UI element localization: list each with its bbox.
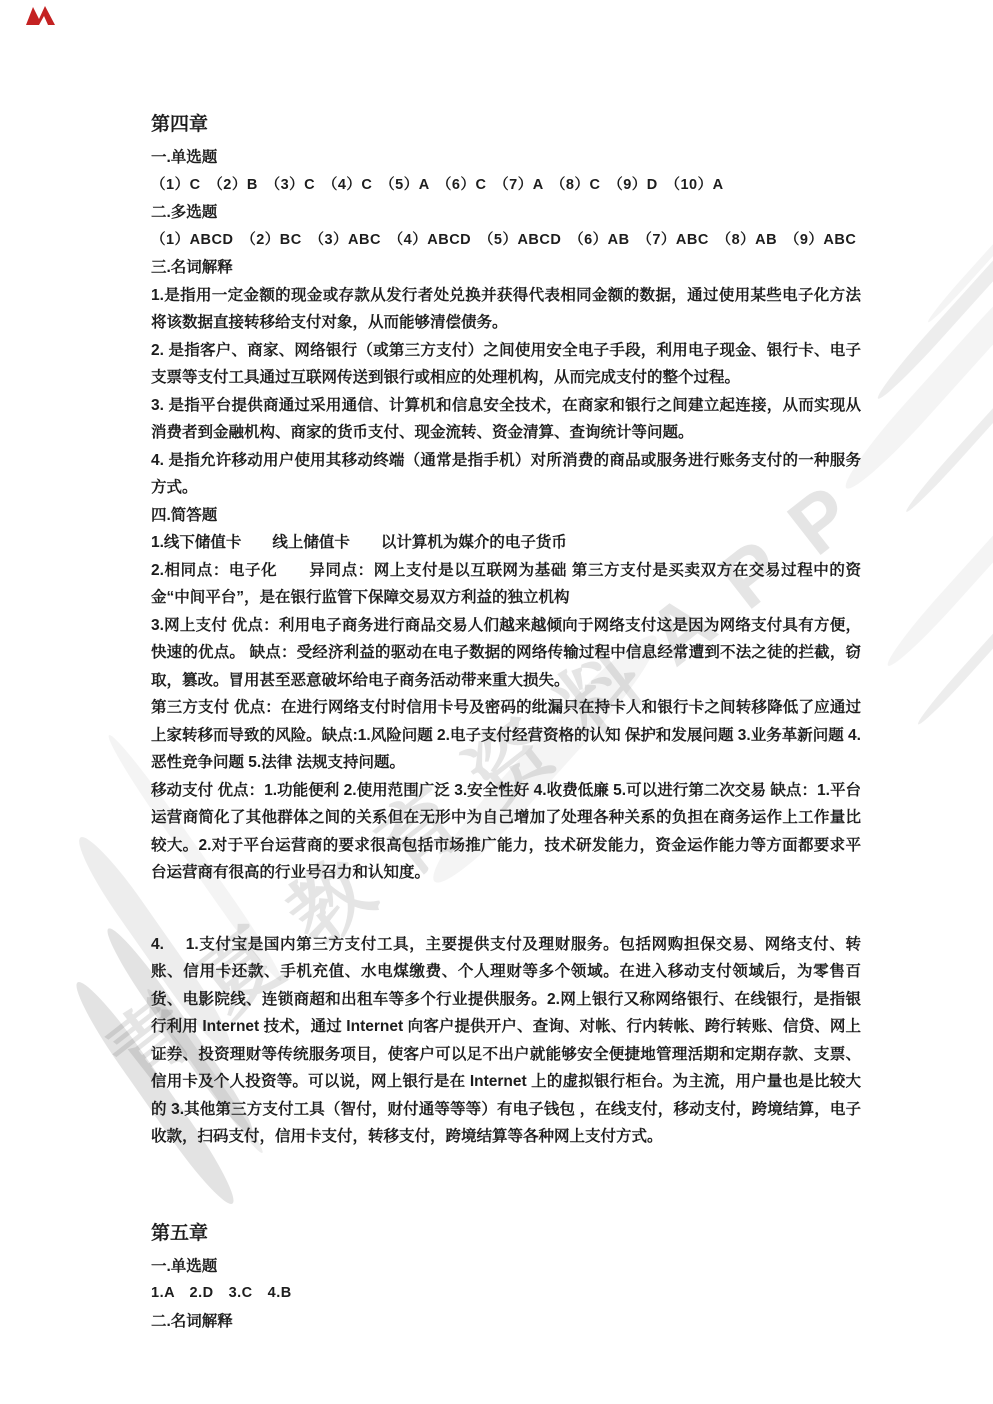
- watermark-stripe: [914, 572, 993, 727]
- chapter-title: 第五章: [151, 1217, 861, 1253]
- spacer: [151, 1151, 861, 1217]
- section-heading: 一.单选题: [151, 144, 861, 172]
- watermark-stripe: [873, 201, 993, 404]
- watermark-stripe: [881, 466, 993, 671]
- spacer: [151, 887, 861, 931]
- section-heading: 四.简答题: [151, 502, 861, 530]
- answer-line: （1）ABCD （2）BC （3）ABC （4）ABCD （5）ABCD （6）…: [151, 227, 861, 255]
- page: { "page": { "background": "#ffffff", "co…: [0, 0, 993, 1404]
- watermark-stripe: [903, 345, 993, 515]
- paragraph: 1.是指用一定金额的现金或存款从发行者处兑换并获得代表相同金额的数据，通过使用某…: [151, 282, 861, 337]
- paragraph: 3.网上支付 优点：利用电子商务进行商品交易人们越来越倾向于网络支付这是因为网络…: [151, 612, 861, 695]
- paragraph: 1.线下储值卡 线上储值卡 以计算机为媒介的电子货币: [151, 529, 861, 557]
- red-corner-mark: [24, 4, 58, 28]
- paragraph: 4. 1.支付宝是国内第三方支付工具，主要提供支付及理财服务。包括网购担保交易、…: [151, 931, 861, 1151]
- paragraph: 3. 是指平台提供商通过采用通信、计算机和信息安全技术，在商家和银行之间建立起连…: [151, 392, 861, 447]
- section-heading: 三.名词解释: [151, 254, 861, 282]
- paragraph: 移动支付 优点：1.功能便利 2.使用范围广泛 3.安全性好 4.收费低廉 5.…: [151, 777, 861, 887]
- section-heading: 一.单选题: [151, 1253, 861, 1281]
- section-heading: 二.名词解释: [151, 1308, 861, 1336]
- chapter-title: 第四章: [151, 108, 861, 144]
- paragraph: 2. 是指客户、商家、网络银行（或第三方支付）之间使用安全电子手段，利用电子现金…: [151, 337, 861, 392]
- section-heading: 二.多选题: [151, 199, 861, 227]
- paragraph: 4. 是指允许移动用户使用其移动终端（通常是指手机）对所消费的商品或服务进行账务…: [151, 447, 861, 502]
- document-body: 第四章一.单选题（1）C （2）B （3）C （4）C （5）A （6）C （7…: [151, 108, 861, 1335]
- watermark-stripe: [925, 193, 993, 325]
- answer-line: （1）C （2）B （3）C （4）C （5）A （6）C （7）A （8）C …: [151, 172, 861, 200]
- red-corner-mark-icon: [24, 4, 58, 28]
- paragraph: 2.相同点：电子化 异同点：网上支付是以互联网为基础 第三方支付是买卖双方在交易…: [151, 557, 861, 612]
- paragraph: 第三方支付 优点：在进行网络支付时信用卡号及密码的纰漏只在持卡人和银行卡之间转移…: [151, 694, 861, 777]
- answer-line: 1.A 2.D 3.C 4.B: [151, 1280, 861, 1308]
